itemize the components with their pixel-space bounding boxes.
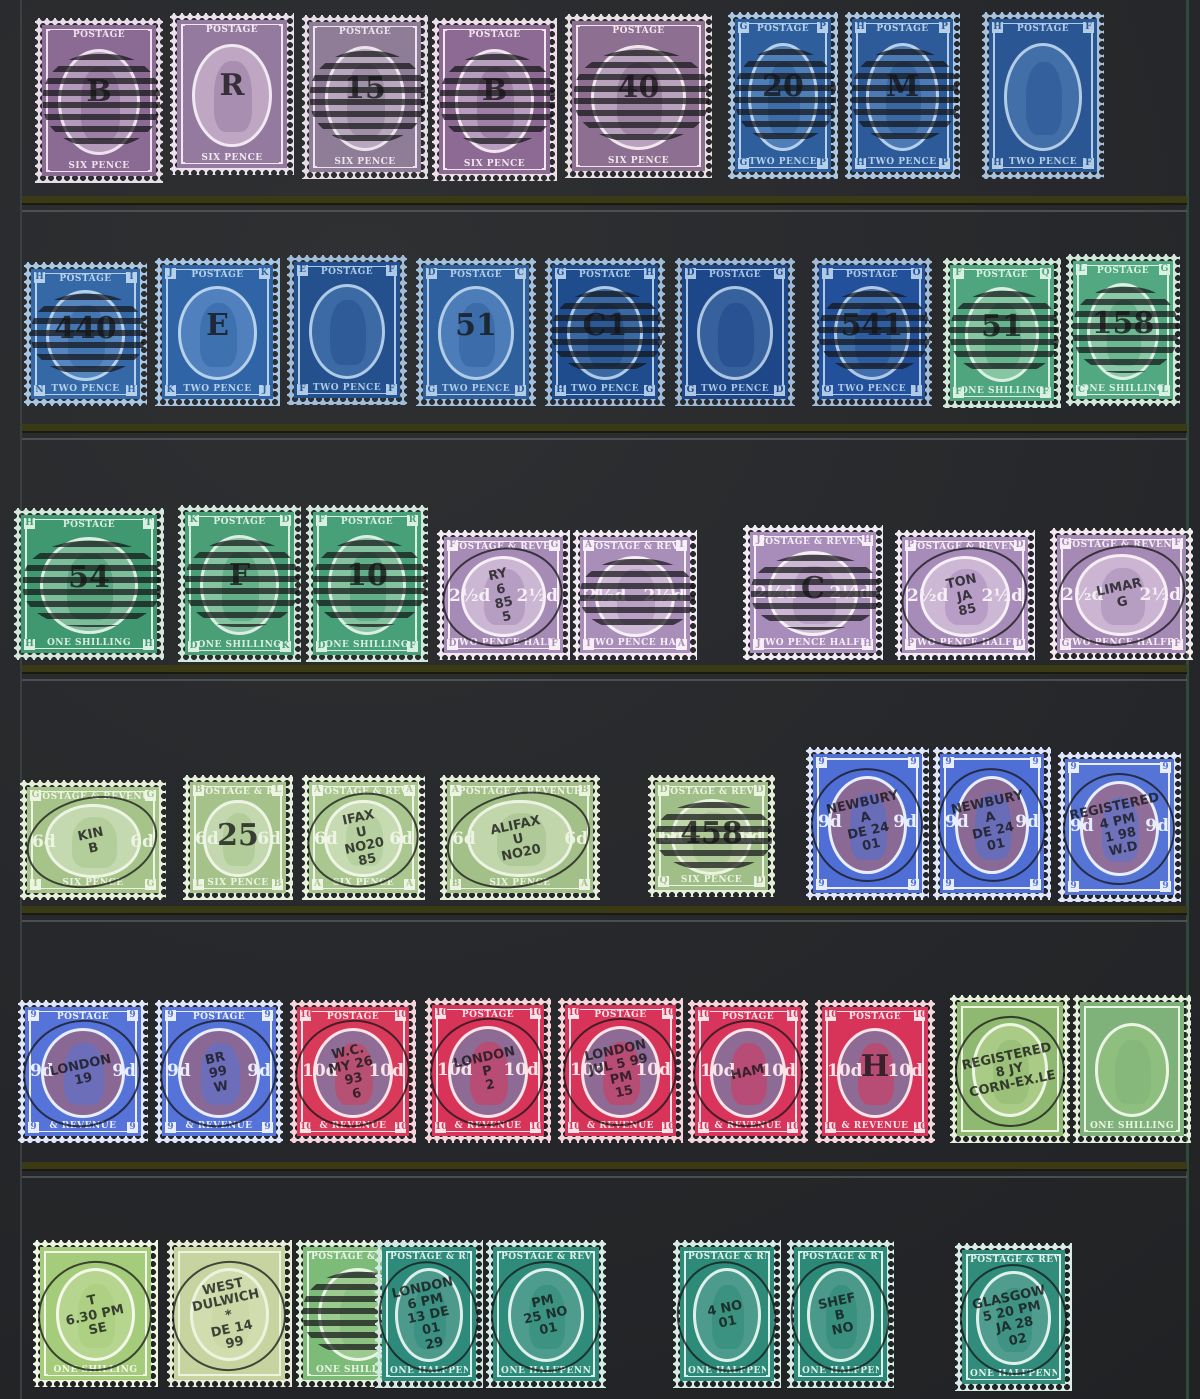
queen-victoria-portrait-icon <box>214 61 251 132</box>
corner-letter: B <box>193 785 204 796</box>
stamp-design: POSTAGE ONE SHILLING FRFD <box>313 512 421 655</box>
stamp[interactable]: POSTAGE SIX PENCE B <box>432 18 557 181</box>
stamp-value-label: ONE SHILLING <box>321 640 413 650</box>
stamp-top-label: POSTAGE & REVENUE <box>390 1252 468 1262</box>
stamp-value-label: TWO PENCE HALFPENNY <box>588 638 682 648</box>
corner-letter: H <box>855 22 866 33</box>
queen-victoria-portrait-icon <box>72 817 117 868</box>
stamp[interactable]: POSTAGE & REVENUE SIX PENCE 6d6d BLBL 25 <box>183 775 293 900</box>
stamp[interactable]: ONE SHILLING T6.30 PMSE <box>33 1240 158 1387</box>
stamp-top-label: POSTAGE <box>33 1012 133 1022</box>
queen-victoria-portrait-icon <box>346 813 383 866</box>
value-tablet: 10d <box>570 1060 606 1080</box>
stamp-value-label: TWO PENCE <box>170 384 265 394</box>
corner-letter: G <box>685 385 696 396</box>
corner-letter: 9 <box>127 1010 138 1021</box>
corner-letter: L <box>1159 385 1170 396</box>
corner-letter: F <box>1172 538 1183 549</box>
stamp[interactable]: POSTAGE ONE SHILLING FQFF 51 <box>943 258 1061 408</box>
stamp-top-label: POSTAGE & REVENUE <box>35 792 151 802</box>
corner-letter: H <box>555 385 566 396</box>
queen-victoria-portrait-icon <box>81 67 120 139</box>
stamp[interactable]: POSTAGE & REVENUE 10d10d 10101010 W.C.MY… <box>290 1000 416 1143</box>
value-tablet: 6d <box>130 832 154 852</box>
stamp[interactable]: POSTAGE & REVENUE 9d9d 9999 LONDON19 <box>18 1000 148 1143</box>
corner-letter: L <box>1076 264 1087 275</box>
stamp-top-label: POSTAGE <box>580 26 697 36</box>
stamp[interactable]: POSTAGE & REVENUE 10d10d 10101010 LONDON… <box>558 998 683 1143</box>
queen-victoria-portrait-icon <box>223 813 256 866</box>
stamp-top-label: POSTAGE & REVENUE <box>501 1252 591 1262</box>
stamp[interactable]: POSTAGE ONE SHILLING HTHH 54 <box>14 508 164 660</box>
queen-victoria-portrait-icon <box>477 67 515 139</box>
stamp[interactable]: POSTAGE & REVENUE ONE HALFPENNY SHEFBNO <box>787 1240 894 1388</box>
stamp[interactable]: POSTAGE & REVENUE SIX PENCE 6d6d DDDQ 45… <box>648 775 775 897</box>
stamp-design: POSTAGE & REVENUE ONE HALFPENNY <box>962 1250 1065 1384</box>
stamp[interactable]: POSTAGE TWO PENCE IOIO 541 <box>812 258 932 406</box>
stamp[interactable]: POSTAGE SIX PENCE 15 <box>302 15 428 179</box>
queen-victoria-portrait-icon <box>975 793 1010 860</box>
stamp[interactable]: 9d9d 9999 NEWBURYADE 2401 <box>806 747 929 900</box>
corner-letter: G <box>1060 639 1071 650</box>
corner-letter: Q <box>1040 268 1051 279</box>
corner-letter: I <box>822 268 833 279</box>
value-tablet: 2½d <box>1062 585 1103 605</box>
queen-victoria-portrait-icon <box>997 1288 1032 1352</box>
corner-letter: 10 <box>530 1008 541 1019</box>
stamp-value-label: TWO PENCE <box>431 384 521 394</box>
queen-victoria-portrait-icon <box>470 1042 508 1105</box>
corner-letter: K <box>165 385 176 396</box>
stamp[interactable]: POSTAGE TWO PENCE JKJK E <box>155 258 280 406</box>
stamp-design: POSTAGE & REVENUE ONE HALFPENNY <box>794 1247 887 1381</box>
corner-letter: 10 <box>787 1122 798 1133</box>
stamp[interactable]: POSTAGE ONE SHILLING KDKD F <box>178 505 301 662</box>
value-tablet: 6d <box>452 829 476 849</box>
stamp-design: POSTAGE & REVENUE 10d10d 10101010 <box>695 1007 801 1136</box>
value-tablet: 2½d <box>830 583 871 603</box>
stamp-design: POSTAGE & REVENUE 10d10d 10101010 <box>822 1007 928 1136</box>
corner-letter: P <box>817 22 828 33</box>
corner-letter: L <box>193 879 204 890</box>
corner-letter: D <box>658 785 669 796</box>
stamp[interactable]: POSTAGE & REVENUE ONE HALFPENNY GLASGOW5… <box>955 1243 1072 1391</box>
stamp[interactable]: POSTAGE TWO PENCE EFFF <box>287 255 407 405</box>
corner-letter: 10 <box>825 1122 836 1133</box>
stamp-design: POSTAGE & REVENUE TWO PENCE HALFPENNY 2½… <box>902 537 1028 653</box>
queen-victoria-portrait-icon <box>850 793 887 860</box>
stamp-value-label: SIX PENCE <box>35 878 151 888</box>
stamp[interactable]: POSTAGE & REVENUE SIX PENCE 6d6d ABAB AL… <box>440 775 600 900</box>
stamp-top-label: POSTAGE <box>997 24 1089 34</box>
stamp-value-label: TWO PENCE <box>39 384 132 394</box>
stamp-design: POSTAGE & REVENUE SIX PENCE 6d6d BLBL <box>190 782 286 893</box>
value-tablet: 9d <box>893 812 917 832</box>
stamp-design: POSTAGE & REVENUE SIX PENCE 6d6d AAAA <box>309 782 418 893</box>
corner-letter: G <box>738 22 749 33</box>
stamp[interactable]: POSTAGE & REVENUE SIX PENCE 6d6d AAAA IF… <box>302 775 425 900</box>
stamp-top-label: POSTAGE <box>50 30 148 40</box>
stamp[interactable]: REGISTERED8 JYCORN-EX.LE <box>950 995 1070 1143</box>
queen-victoria-portrait-icon <box>335 1043 373 1105</box>
value-tablet: 9d <box>247 1061 271 1081</box>
stamp-top-label: POSTAGE <box>317 27 413 37</box>
stamp[interactable]: POSTAGE & REVENUE TWO PENCE HALFPENNY 2½… <box>1050 528 1193 660</box>
corner-letter: D <box>447 639 458 650</box>
stamp-design: POSTAGE ONE SHILLING HTHH <box>21 515 157 653</box>
stamp[interactable]: POSTAGE & REVENUE SIX PENCE 6d6d GGGI KI… <box>20 780 166 900</box>
stamp[interactable]: POSTAGE & REVENUE ONE HALFPENNY LONDON6 … <box>375 1240 483 1388</box>
queen-victoria-portrait-icon <box>222 552 259 621</box>
corner-letter: F <box>386 265 397 276</box>
value-tablet: 2½d <box>644 586 685 606</box>
corner-letter: J <box>753 639 764 650</box>
stamp-value-label: TWO PENCE <box>997 157 1089 167</box>
corner-letter: I <box>126 272 137 283</box>
queen-victoria-portrait-icon <box>212 1284 250 1348</box>
stamp[interactable]: POSTAGE SIX PENCE R <box>170 13 294 175</box>
corner-letter: D <box>1014 540 1025 551</box>
corner-letter: F <box>1040 387 1051 398</box>
value-tablet: 10d <box>827 1061 863 1081</box>
stamp-design: POSTAGE SIX PENCE <box>177 20 287 168</box>
corner-letter: F <box>447 540 458 551</box>
value-tablet: 2½d <box>585 586 626 606</box>
stamp-top-label: POSTAGE <box>321 517 413 527</box>
corner-letter: G <box>738 158 749 169</box>
stamp-top-label: POSTAGE & REVENUE <box>688 1252 766 1262</box>
corner-letter: D <box>774 385 785 396</box>
corner-letter: A <box>450 785 461 796</box>
corner-letter: H <box>24 639 35 650</box>
corner-letter: Q <box>658 876 669 887</box>
stamp-design: POSTAGE & REVENUE TWO PENCE HALFPENNY 2½… <box>750 532 876 653</box>
stamp-design: POSTAGE & REVENUE 10d10d 10101010 <box>297 1007 409 1136</box>
corner-letter: J <box>753 535 764 546</box>
corner-letter: I <box>583 639 594 650</box>
stamp[interactable]: POSTAGE & REVENUE ONE HALFPENNY PM25 NO0… <box>486 1240 606 1388</box>
stamp-value-label: TWO PENCE <box>827 384 917 394</box>
stamp-top-label: POSTAGE <box>431 270 521 280</box>
corner-letter: D <box>316 641 327 652</box>
stamp-value-label: TWO PENCE HALFPENNY <box>910 638 1020 648</box>
queen-victoria-portrait-icon <box>588 303 624 367</box>
value-tablet: 9d <box>30 1061 54 1081</box>
corner-letter: H <box>992 22 1003 33</box>
corner-letter: B <box>579 785 590 796</box>
stamp-value-label: SIX PENCE <box>447 159 542 169</box>
queen-victoria-portrait-icon <box>64 1043 103 1105</box>
stamp-design: POSTAGE TWO PENCE IOIO <box>819 265 925 399</box>
stamp-value-label: ONE SHILLING <box>48 1365 143 1375</box>
stamp-value-label: ONE SHILLING <box>1088 1121 1176 1131</box>
corner-letter: 9 <box>908 879 919 890</box>
corner-letter: F <box>316 515 327 526</box>
stamp[interactable]: POSTAGE SIX PENCE B <box>35 18 163 183</box>
corner-letter: 9 <box>1160 881 1171 892</box>
corner-letter: 10 <box>435 1008 446 1019</box>
corner-letter: A <box>404 785 415 796</box>
value-tablet: 10d <box>368 1061 404 1081</box>
corner-letter: 9 <box>1030 879 1041 890</box>
value-tablet: 2½d <box>907 586 948 606</box>
queen-victoria-portrait-icon <box>529 1285 565 1349</box>
stamp-top-label: POSTAGE <box>170 1012 268 1022</box>
stamp-value-label: & REVENUE <box>703 1121 793 1131</box>
corner-letter: A <box>404 879 415 890</box>
stamp-value-label: & REVENUE <box>573 1121 668 1131</box>
queen-victoria-portrait-icon <box>718 303 754 367</box>
value-tablet: 10d <box>700 1061 736 1081</box>
queen-victoria-portrait-icon <box>347 64 385 136</box>
corner-letter: J <box>165 268 176 279</box>
corner-letter: F <box>1083 22 1094 33</box>
corner-letter: 10 <box>568 1008 579 1019</box>
stamp-design: POSTAGE TWO PENCE GHGH <box>552 265 658 399</box>
stamp[interactable]: POSTAGE TWO PENCE DCDG 51 <box>416 258 536 406</box>
value-tablet: 10d <box>302 1061 338 1081</box>
value-tablet: 6d <box>660 827 684 847</box>
stamp-top-label: POSTAGE & REVENUE <box>970 1255 1057 1265</box>
stamp-value-label: ONE HALFPENNY <box>970 1369 1057 1379</box>
stamp-design: POSTAGE ONE SHILLING FQFF <box>950 265 1054 401</box>
corner-letter: I <box>676 540 687 551</box>
stamp-top-label: POSTAGE <box>302 267 392 277</box>
value-tablet: 6d <box>564 829 588 849</box>
corner-letter: G <box>555 268 566 279</box>
corner-letter: G <box>426 385 437 396</box>
queen-victoria-portrait-icon <box>497 813 547 866</box>
stamp-value-label: ONE HALFPENNY <box>390 1366 468 1376</box>
stamp-top-label: POSTAGE <box>958 270 1046 280</box>
value-tablet: 2½d <box>982 586 1023 606</box>
corner-letter: L <box>272 785 283 796</box>
value-tablet: 10d <box>887 1061 923 1081</box>
stamp-design: POSTAGE & REVENUE 10d10d 10101010 <box>565 1005 676 1136</box>
strip-divider <box>22 1162 1187 1171</box>
stamp-top-label: POSTAGE <box>560 270 650 280</box>
stamp-value-label: TWO PENCE <box>860 157 945 167</box>
stamp-design: POSTAGE & REVENUE SIX PENCE 6d6d ABAB <box>447 782 593 893</box>
stamp-top-label: POSTAGE <box>743 24 823 34</box>
stamp[interactable]: POSTAGE & REVENUE 9d9d 9999 BR99W <box>155 1000 283 1143</box>
stamp-value-label: ONE HALFPENNY <box>688 1366 766 1376</box>
stamp-value-label: & REVENUE <box>440 1121 536 1131</box>
stamp[interactable]: POSTAGE & REVENUE ONE HALFPENNY 4 NO01 <box>673 1240 781 1388</box>
corner-letter: T <box>143 518 154 529</box>
value-tablet: 2½d <box>1140 585 1181 605</box>
corner-letter: 9 <box>943 879 954 890</box>
stamp-design: POSTAGE & REVENUE TWO PENCE HALFPENNY 2½… <box>580 537 690 653</box>
value-tablet: 10d <box>635 1060 671 1080</box>
stamp[interactable]: POSTAGE & REVENUE 10d10d 10101010 LONDON… <box>425 998 551 1143</box>
value-tablet: 6d <box>195 829 219 849</box>
queen-victoria-portrait-icon <box>67 554 113 620</box>
value-tablet: 9d <box>112 1061 136 1081</box>
stamp[interactable]: POSTAGE TWO PENCE HIHN 440 <box>24 262 147 406</box>
value-tablet: 6d <box>389 829 413 849</box>
corner-letter: C <box>1076 385 1087 396</box>
corner-letter: 10 <box>300 1010 311 1021</box>
corner-letter: J <box>259 385 270 396</box>
stamp[interactable]: POSTAGE & REVENUE TWO PENCE HALFPENNY 2½… <box>895 530 1035 660</box>
corner-letter: H <box>862 535 873 546</box>
corner-letter: F <box>1172 639 1183 650</box>
stamp-design: POSTAGE TWO PENCE HIHN <box>31 269 140 399</box>
stamp-top-label: POSTAGE <box>193 517 286 527</box>
queen-victoria-portrait-icon <box>1102 797 1139 862</box>
corner-letter: 9 <box>1030 757 1041 768</box>
stamp-design: POSTAGE ONE SHILLING KDKD <box>185 512 294 655</box>
stamp-design: POSTAGE & REVENUE SIX PENCE 6d6d GGGI <box>27 787 159 893</box>
stamp[interactable]: POSTAGE ONE SHILLING FRFD 10 <box>306 505 428 662</box>
corner-letter: 9 <box>262 1010 273 1021</box>
stamp-top-label: POSTAGE <box>573 1010 668 1020</box>
value-tablet: 2½d <box>517 586 558 606</box>
corner-letter: 9 <box>165 1122 176 1133</box>
corner-letter: 9 <box>816 879 827 890</box>
stamp[interactable]: POSTAGE SIX PENCE 40 <box>565 14 712 178</box>
stamp-top-label: POSTAGE <box>827 270 917 280</box>
corner-letter: D <box>754 785 765 796</box>
value-tablet: 9d <box>167 1061 191 1081</box>
stamp[interactable]: POSTAGE & REVENUE 10d10d 10101010 HAM <box>688 1000 808 1143</box>
stamp-value-label: TWO PENCE <box>743 157 823 167</box>
queen-victoria-portrait-icon <box>78 1284 116 1348</box>
stamp-design: POSTAGE TWO PENCE DGDG <box>682 265 788 399</box>
stamp[interactable]: POSTAGE TWO PENCE GHGH C1 <box>545 258 665 406</box>
stamp[interactable]: 9d9d 9999 REGISTERED4 PM1 98W.D <box>1058 752 1181 902</box>
corner-letter: 10 <box>568 1122 579 1133</box>
stamp-value-label: ONE SHILLING <box>193 640 286 650</box>
stamp-design: POSTAGE & REVENUE TWO PENCE HALFPENNY 2½… <box>1057 535 1186 653</box>
stamp-value-label: ONE SHILLING <box>1081 384 1165 394</box>
stamp-top-label: POSTAGE & REVENUE <box>317 787 410 797</box>
stamp[interactable]: 9d9d 9999 NEWBURYADE 2401 <box>933 747 1051 900</box>
corner-letter: G <box>644 385 655 396</box>
corner-letter: H <box>992 158 1003 169</box>
stamp-design: POSTAGE & REVENUE 9d9d 9999 <box>25 1007 141 1136</box>
stamp-top-label: POSTAGE <box>830 1012 920 1022</box>
corner-letter: D <box>754 876 765 887</box>
corner-letter: H <box>34 272 45 283</box>
strip-divider <box>22 665 1187 674</box>
value-tablet: 6d <box>257 829 281 849</box>
stamp-design: 9d9d 9999 <box>813 754 922 893</box>
corner-letter: 10 <box>698 1122 709 1133</box>
corner-letter: 9 <box>1160 762 1171 773</box>
stamp-value-label: SIX PENCE <box>198 878 278 888</box>
stamp[interactable]: POSTAGE & REVENUE 10d10d 10101010 H <box>815 1000 935 1143</box>
stamp-design: POSTAGE SIX PENCE <box>572 21 705 171</box>
stamp-top-label: POSTAGE & REVENUE <box>1065 540 1178 550</box>
corner-letter: I <box>30 879 41 890</box>
queen-victoria-portrait-icon <box>886 62 920 135</box>
stamp[interactable]: WEST DULWICH*DE 1499 <box>167 1240 292 1387</box>
corner-letter: F <box>407 641 418 652</box>
corner-letter: P <box>939 158 950 169</box>
corner-letter: F <box>953 268 964 279</box>
queen-victoria-portrait-icon <box>855 303 891 367</box>
stamp-design: POSTAGE TWO PENCE JKJK <box>162 265 273 399</box>
corner-letter: A <box>676 639 687 650</box>
stamp-top-label: POSTAGE <box>170 270 265 280</box>
corner-letter: G <box>549 540 560 551</box>
stamp[interactable]: POSTAGE ONE SHILLING LGLC 158 <box>1066 254 1180 406</box>
stamp-top-label: POSTAGE <box>1081 266 1165 276</box>
corner-letter: 9 <box>1068 762 1079 773</box>
stamp[interactable]: POSTAGE & REVENUE TWO PENCE HALFPENNY 2½… <box>573 530 697 660</box>
stamp-design: ONE SHILLING <box>1080 1002 1184 1136</box>
corner-letter: O <box>822 385 833 396</box>
stamp-top-label: POSTAGE <box>39 274 132 284</box>
corner-letter: C <box>515 268 526 279</box>
corner-letter: A <box>583 540 594 551</box>
stamp[interactable]: POSTAGE TWO PENCE DGDG <box>675 258 795 406</box>
stamp-value-label: SIX PENCE <box>185 153 279 163</box>
corner-letter: G <box>774 268 785 279</box>
stamp-top-label: POSTAGE & REVENUE <box>588 542 682 552</box>
value-tablet: 9d <box>1015 812 1039 832</box>
corner-letter: E <box>297 265 308 276</box>
value-tablet: 6d <box>314 829 338 849</box>
queen-victoria-portrait-icon <box>826 1285 858 1349</box>
stamp-design: POSTAGE SIX PENCE <box>439 25 550 174</box>
corner-letter: A <box>312 785 323 796</box>
queen-victoria-portrait-icon <box>200 303 238 367</box>
corner-letter: F <box>1083 158 1094 169</box>
stamp-value-label: SIX PENCE <box>455 878 585 888</box>
stamp-top-label: POSTAGE <box>185 25 279 35</box>
stamp-top-label: POSTAGE <box>860 24 945 34</box>
stamp-design: POSTAGE & REVENUE ONE HALFPENNY <box>493 1247 599 1381</box>
stamp[interactable]: POSTAGE & REVENUE TWO PENCE HALFPENNY 2½… <box>437 530 570 660</box>
stamp-top-label: POSTAGE <box>703 1012 793 1022</box>
corner-letter: H <box>855 158 866 169</box>
stamp-value-label: ONE HALFPENNY <box>802 1366 879 1376</box>
corner-letter: K <box>259 268 270 279</box>
stamp-value-label: SIX PENCE <box>317 878 410 888</box>
corner-letter: G <box>1060 538 1071 549</box>
value-tablet: 10d <box>503 1060 539 1080</box>
queen-victoria-portrait-icon <box>985 303 1020 368</box>
stamp-top-label: POSTAGE & REVENUE <box>455 787 585 797</box>
corner-letter: D <box>280 515 291 526</box>
corner-letter: 9 <box>165 1010 176 1021</box>
corner-letter: 10 <box>662 1008 673 1019</box>
stamp[interactable]: POSTAGE TWO PENCE HPPH M <box>845 12 960 179</box>
stamp-design <box>957 1002 1063 1136</box>
corner-letter: G <box>145 790 156 801</box>
corner-letter: H <box>862 639 873 650</box>
corner-letter: 10 <box>395 1122 406 1133</box>
stamp[interactable]: POSTAGE TWO PENCE HFFH <box>982 12 1104 179</box>
stamp-design: POSTAGE ONE SHILLING LGLC <box>1073 261 1173 399</box>
value-tablet: 2½d <box>755 583 796 603</box>
stamp[interactable]: POSTAGE & REVENUE TWO PENCE HALFPENNY 2½… <box>743 525 883 660</box>
stamp[interactable]: ONE SHILLING <box>1073 995 1191 1143</box>
stamp-value-label: & REVENUE <box>33 1121 133 1131</box>
stamp[interactable]: POSTAGE TWO PENCE GPPG 20 <box>728 12 838 179</box>
stamp-value-label: TWO PENCE HALFPENNY <box>758 638 868 648</box>
stamp-value-label: ONE SHILLING <box>958 386 1046 396</box>
corner-letter: 10 <box>530 1122 541 1133</box>
album-page: POSTAGE SIX PENCE B POSTAGE SIX PENCE R <box>0 0 1200 1399</box>
corner-letter: G <box>1159 264 1170 275</box>
queen-victoria-portrait-icon <box>414 1285 446 1349</box>
strip-divider <box>22 906 1187 915</box>
stamp-design: POSTAGE & REVENUE 9d9d 9999 <box>162 1007 276 1136</box>
